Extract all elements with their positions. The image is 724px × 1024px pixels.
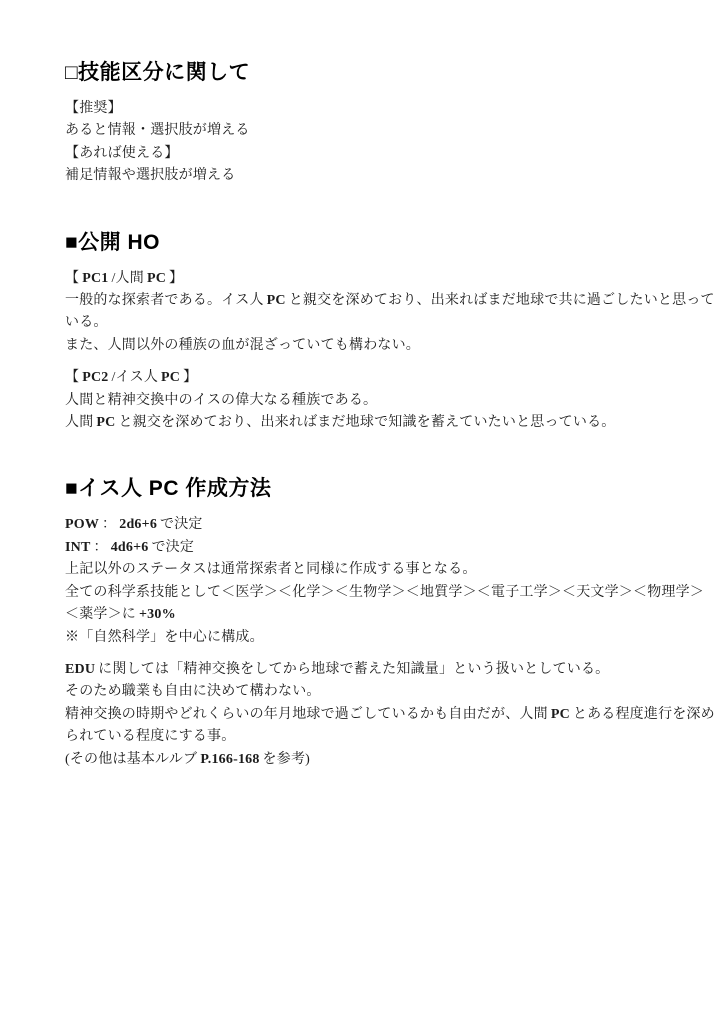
text-line: (その他は基本ルルブP.166-168を参考) xyxy=(65,749,684,771)
text-segment: 【 xyxy=(65,370,79,385)
text-segment: ※「自然科学」を中心に構成。 xyxy=(65,630,264,645)
text-segment: PC xyxy=(161,370,180,385)
text-line: 人間PCと親交を深めており、出来ればまだ地球で知識を蓄えていたいと思っている。 xyxy=(65,412,684,434)
text-segment: 一般的な探索者である。イス人 xyxy=(65,293,264,308)
paragraph: 【PC2/イス人PC】人間と精神交換中のイスの偉大なる種族である。人間PCと親交… xyxy=(65,367,684,434)
section-heading: □技能区分に関して xyxy=(65,58,684,88)
text-line: 【推奨】 xyxy=(65,98,684,120)
paragraph: POW：2d6+6で決定INT：4d6+6で決定上記以外のステータスは通常探索者… xyxy=(65,514,684,648)
document-page: □技能区分に関して【推奨】あると情報・選択肢が増える【あれば使える】補足情報や選… xyxy=(0,0,724,1024)
text-segment: 4d6+6 xyxy=(111,540,149,555)
text-segment: 人間 xyxy=(65,415,93,430)
text-segment: 【あれば使える】 xyxy=(65,146,179,161)
text-segment: ： xyxy=(102,517,116,532)
text-segment: と親交を深めており、出来ればまだ地球で知識を蓄えていたいと思っている。 xyxy=(118,415,615,430)
text-segment: EDU xyxy=(65,662,95,677)
text-line: 精神交換の時期やどれくらいの年月地球で過ごしているかも自由だが、人間PCとある程… xyxy=(65,704,684,726)
text-segment: いる。 xyxy=(65,315,108,330)
text-segment: PC xyxy=(147,271,166,286)
text-segment: /イス人 xyxy=(111,370,158,385)
text-segment: (その他は基本ルルブ xyxy=(65,752,197,767)
text-line: 上記以外のステータスは通常探索者と同様に作成する事となる。 xyxy=(65,559,684,581)
text-segment: と親交を深めており、出来ればまだ地球で共に過ごしたいと思って xyxy=(289,293,715,308)
section-heading: ■イス人 PC 作成方法 xyxy=(65,474,684,504)
text-segment: ＜薬学＞に xyxy=(65,607,136,622)
text-line: 人間と精神交換中のイスの偉大なる種族である。 xyxy=(65,390,684,412)
paragraph: EDUに関しては「精神交換をしてから地球で蓄えた知識量」という扱いとしている。そ… xyxy=(65,659,684,771)
text-line: POW：2d6+6で決定 xyxy=(65,514,684,536)
section-heading: ■公開 HO xyxy=(65,228,684,258)
text-segment: 補足情報や選択肢が増える xyxy=(65,168,235,183)
section-public-handouts: ■公開 HO【PC1/人間PC】一般的な探索者である。イス人PCと親交を深めてお… xyxy=(65,228,684,435)
text-segment: 全ての科学系技能として＜医学＞＜化学＞＜生物学＞＜地質学＞＜電子工学＞＜天文学＞… xyxy=(65,585,704,600)
text-segment: 】 xyxy=(169,271,183,286)
text-line: 【あれば使える】 xyxy=(65,143,684,165)
text-segment: 】 xyxy=(183,370,197,385)
text-line: INT：4d6+6で決定 xyxy=(65,537,684,559)
text-segment: PC xyxy=(96,415,115,430)
paragraph: 【PC1/人間PC】一般的な探索者である。イス人PCと親交を深めており、出来れば… xyxy=(65,268,684,358)
text-segment: とある程度進行を深め xyxy=(573,707,715,722)
text-line: そのため職業も自由に決めて構わない。 xyxy=(65,681,684,703)
text-segment: で決定 xyxy=(160,517,203,532)
paragraph: 【推奨】あると情報・選択肢が増える【あれば使える】補足情報や選択肢が増える xyxy=(65,98,684,188)
text-segment: に関しては「精神交換をしてから地球で蓄えた知識量」という扱いとしている。 xyxy=(98,662,609,677)
text-line: られている程度にする事。 xyxy=(65,726,684,748)
text-segment: ： xyxy=(94,540,108,555)
text-segment: 2d6+6 xyxy=(119,517,157,532)
text-segment: PC2 xyxy=(82,370,108,385)
text-segment: 精神交換の時期やどれくらいの年月地球で過ごしているかも自由だが、人間 xyxy=(65,707,548,722)
text-segment: POW xyxy=(65,517,99,532)
text-segment: られている程度にする事。 xyxy=(65,729,235,744)
text-segment: PC xyxy=(551,707,570,722)
text-segment: +30% xyxy=(139,607,176,622)
section-yithian-pc-creation: ■イス人 PC 作成方法POW：2d6+6で決定INT：4d6+6で決定上記以外… xyxy=(65,474,684,770)
text-line: 全ての科学系技能として＜医学＞＜化学＞＜生物学＞＜地質学＞＜電子工学＞＜天文学＞… xyxy=(65,582,684,604)
text-segment: また、人間以外の種族の血が混ざっていても構わない。 xyxy=(65,338,420,353)
text-line: ＜薬学＞に+30% xyxy=(65,604,684,626)
text-segment: 人間と精神交換中のイスの偉大なる種族である。 xyxy=(65,393,377,408)
text-line: 補足情報や選択肢が増える xyxy=(65,165,684,187)
text-line: いる。 xyxy=(65,312,684,334)
text-segment: で決定 xyxy=(151,540,194,555)
section-skill-categories: □技能区分に関して【推奨】あると情報・選択肢が増える【あれば使える】補足情報や選… xyxy=(65,58,684,188)
text-segment: そのため職業も自由に決めて構わない。 xyxy=(65,684,321,699)
document-content: □技能区分に関して【推奨】あると情報・選択肢が増える【あれば使える】補足情報や選… xyxy=(65,58,684,771)
text-line: 【PC1/人間PC】 xyxy=(65,268,684,290)
text-segment: を参考) xyxy=(263,752,310,767)
text-line: EDUに関しては「精神交換をしてから地球で蓄えた知識量」という扱いとしている。 xyxy=(65,659,684,681)
text-line: また、人間以外の種族の血が混ざっていても構わない。 xyxy=(65,335,684,357)
text-line: ※「自然科学」を中心に構成。 xyxy=(65,627,684,649)
text-segment: INT xyxy=(65,540,91,555)
text-segment: 【推奨】 xyxy=(65,101,122,116)
text-segment: P.166-168 xyxy=(200,752,259,767)
text-segment: PC1 xyxy=(82,271,108,286)
text-segment: PC xyxy=(267,293,286,308)
text-segment: 【 xyxy=(65,271,79,286)
text-line: あると情報・選択肢が増える xyxy=(65,120,684,142)
text-line: 一般的な探索者である。イス人PCと親交を深めており、出来ればまだ地球で共に過ごし… xyxy=(65,290,684,312)
text-segment: 上記以外のステータスは通常探索者と同様に作成する事となる。 xyxy=(65,562,477,577)
text-segment: /人間 xyxy=(111,271,144,286)
text-segment: あると情報・選択肢が増える xyxy=(65,123,250,138)
text-line: 【PC2/イス人PC】 xyxy=(65,367,684,389)
